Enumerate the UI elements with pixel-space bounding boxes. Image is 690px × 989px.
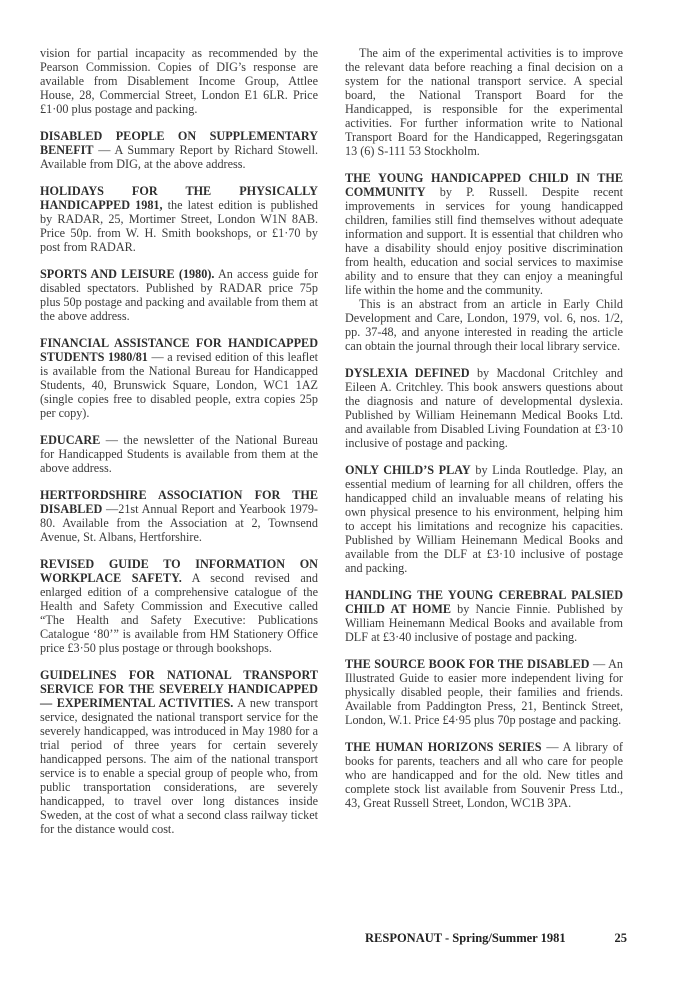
entry-title: SPORTS AND LEISURE (1980). — [40, 267, 214, 281]
listing-entry: THE SOURCE BOOK FOR THE DISABLED — An Il… — [345, 657, 623, 727]
page-footer: RESPONAUT - Spring/Summer 1981 25 — [365, 931, 627, 946]
continued-paragraph: The aim of the experimental activities i… — [345, 46, 623, 158]
listing-entry: EDUCARE — the newsletter of the National… — [40, 433, 318, 475]
entry-title: THE SOURCE BOOK FOR THE DISABLED — [345, 657, 589, 671]
listing-entry: REVISED GUIDE TO INFORMATION ON WORKPLAC… — [40, 557, 318, 655]
listing-entry: FINANCIAL ASSISTANCE FOR HANDICAPPED STU… — [40, 336, 318, 420]
listing-entry: THE HUMAN HORIZONS SERIES — A library of… — [345, 740, 623, 810]
right-column: The aim of the experimental activities i… — [345, 46, 623, 823]
listing-entry: HERTFORDSHIRE ASSOCIATION FOR THE DISABL… — [40, 488, 318, 544]
continued-paragraph: vision for partial incapacity as recomme… — [40, 46, 318, 116]
listing-entry: DYSLEXIA DEFINED by Macdonal Critchley a… — [345, 366, 623, 450]
listing-entry: DISABLED PEOPLE ON SUPPLEMENTARY BENEFIT… — [40, 129, 318, 171]
entry-extra-paragraph: This is an abstract from an article in E… — [345, 297, 623, 353]
listing-entry: HANDLING THE YOUNG CEREBRAL PALSIED CHIL… — [345, 588, 623, 644]
entry-body: by Linda Routledge. Play, an essential m… — [345, 463, 623, 575]
entry-body: A new transport service, designated the … — [40, 696, 318, 836]
publication-title: RESPONAUT - Spring/Summer 1981 — [365, 931, 566, 946]
listing-entry: SPORTS AND LEISURE (1980). An access gui… — [40, 267, 318, 323]
entry-title: ONLY CHILD’S PLAY — [345, 463, 471, 477]
entry-body: by P. Russell. Despite recent improvemen… — [345, 185, 623, 297]
listing-entry: GUIDELINES FOR NATIONAL TRANSPORT SERVIC… — [40, 668, 318, 836]
listing-entry: THE YOUNG HANDICAPPED CHILD IN THE COMMU… — [345, 171, 623, 297]
entry-title: THE HUMAN HORIZONS SERIES — [345, 740, 542, 754]
page-number: 25 — [615, 931, 628, 946]
entry-title: EDUCARE — [40, 433, 100, 447]
entry-title: DYSLEXIA DEFINED — [345, 366, 470, 380]
listing-entry: HOLIDAYS FOR THE PHYSICALLY HANDICAPPED … — [40, 184, 318, 254]
listing-entry: ONLY CHILD’S PLAY by Linda Routledge. Pl… — [345, 463, 623, 575]
left-column: vision for partial incapacity as recomme… — [40, 46, 318, 849]
